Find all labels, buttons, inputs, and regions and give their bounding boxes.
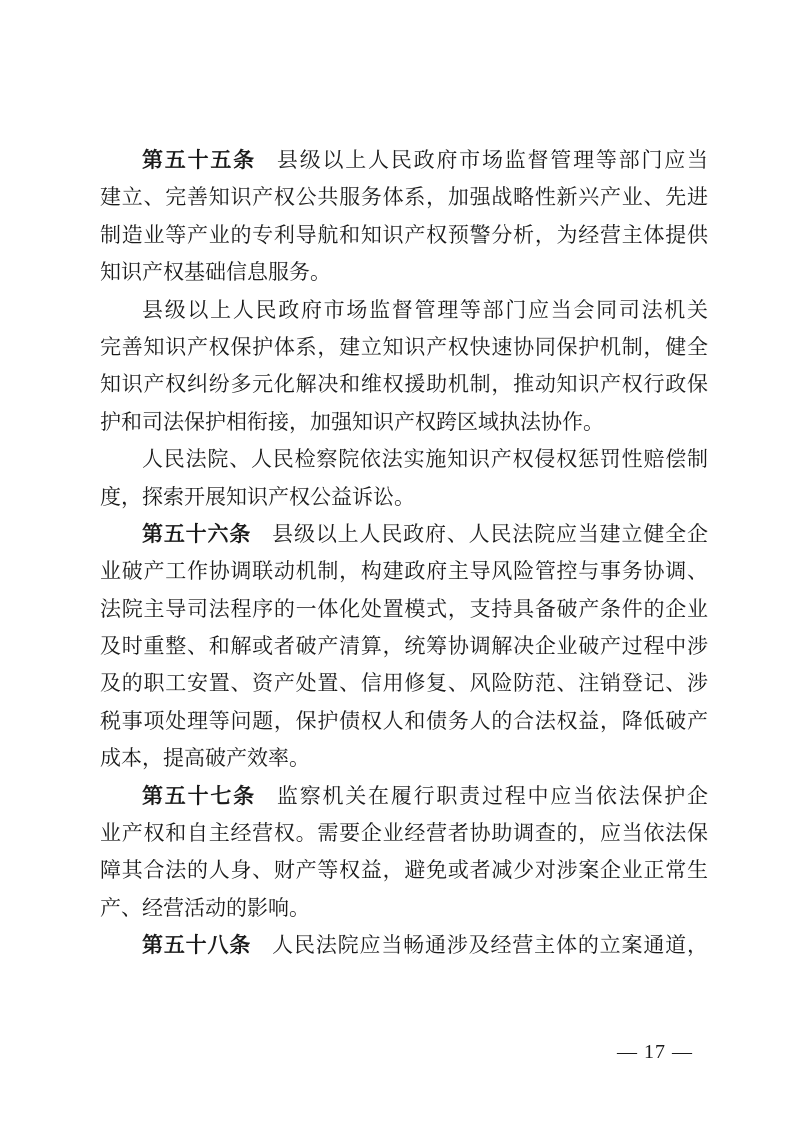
line-text: 监察机关在履行职责过程中应当依法保护企 [277, 784, 708, 808]
article-number: 第五十五条 [142, 148, 256, 172]
text-line: 建立、完善知识产权公共服务体系，加强战略性新兴产业、先进 [100, 179, 708, 216]
text-line: 护和司法保护相衔接，加强知识产权跨区域执法协作。 [100, 404, 708, 441]
text-line: 业破产工作协调联动机制，构建政府主导风险管控与事务协调、 [100, 553, 708, 590]
text-line: 法院主导司法程序的一体化处置模式，支持具备破产条件的企业 [100, 591, 708, 628]
text-line: 第五十八条人民法院应当畅通涉及经营主体的立案通道， [100, 927, 708, 964]
line-text: 护和司法保护相衔接，加强知识产权跨区域执法协作。 [100, 410, 604, 434]
text-line: 第五十七条监察机关在履行职责过程中应当依法保护企 [100, 778, 708, 815]
line-text: 县级以上人民政府市场监督管理等部门应当 [277, 148, 708, 172]
line-text: 人民法院、人民检察院依法实施知识产权侵权惩罚性赔偿制 [142, 447, 708, 471]
article-number: 第五十八条 [142, 933, 251, 957]
line-text: 县级以上人民政府、人民法院应当建立健全企 [272, 522, 708, 546]
text-line: 人民法院、人民检察院依法实施知识产权侵权惩罚性赔偿制 [100, 441, 708, 478]
text-line: 度，探索开展知识产权公益诉讼。 [100, 479, 708, 516]
article-number: 第五十六条 [142, 522, 251, 546]
text-line: 知识产权纠纷多元化解决和维权援助机制，推动知识产权行政保 [100, 366, 708, 403]
line-text: 建立、完善知识产权公共服务体系，加强战略性新兴产业、先进 [100, 185, 708, 209]
line-text: 制造业等产业的专利导航和知识产权预警分析，为经营主体提供 [100, 223, 708, 247]
text-line: 成本，提高破产效率。 [100, 740, 708, 777]
line-text: 障其合法的人身、财产等权益，避免或者减少对涉案企业正常生 [100, 858, 708, 882]
line-text: 完善知识产权保护体系，建立知识产权快速协同保护机制，健全 [100, 335, 708, 359]
line-text: 知识产权纠纷多元化解决和维权援助机制，推动知识产权行政保 [100, 372, 708, 396]
text-line: 及的职工安置、资产处置、信用修复、风险防范、注销登记、涉 [100, 665, 708, 702]
text-block: 第五十五条县级以上人民政府市场监督管理等部门应当建立、完善知识产权公共服务体系，… [100, 142, 708, 965]
line-text: 县级以上人民政府市场监督管理等部门应当会同司法机关 [142, 298, 708, 322]
text-line: 税事项处理等问题，保护债权人和债务人的合法权益，降低破产 [100, 703, 708, 740]
text-line: 及时重整、和解或者破产清算，统筹协调解决企业破产过程中涉 [100, 628, 708, 665]
article-number: 第五十七条 [142, 784, 256, 808]
line-text: 及的职工安置、资产处置、信用修复、风险防范、注销登记、涉 [100, 671, 708, 695]
line-text: 业破产工作协调联动机制，构建政府主导风险管控与事务协调、 [100, 559, 708, 583]
text-line: 县级以上人民政府市场监督管理等部门应当会同司法机关 [100, 292, 708, 329]
page-number: — 17 — [617, 1041, 693, 1064]
line-text: 成本，提高破产效率。 [100, 746, 310, 770]
text-line: 知识产权基础信息服务。 [100, 254, 708, 291]
line-text: 度，探索开展知识产权公益诉讼。 [100, 485, 415, 509]
text-line: 完善知识产权保护体系，建立知识产权快速协同保护机制，健全 [100, 329, 708, 366]
line-text: 业产权和自主经营权。需要企业经营者协助调查的，应当依法保 [100, 821, 708, 845]
text-line: 产、经营活动的影响。 [100, 890, 708, 927]
line-text: 知识产权基础信息服务。 [100, 260, 331, 284]
line-text: 及时重整、和解或者破产清算，统筹协调解决企业破产过程中涉 [100, 634, 708, 658]
text-line: 业产权和自主经营权。需要企业经营者协助调查的，应当依法保 [100, 815, 708, 852]
text-line: 制造业等产业的专利导航和知识产权预警分析，为经营主体提供 [100, 217, 708, 254]
document-page: 第五十五条县级以上人民政府市场监督管理等部门应当建立、完善知识产权公共服务体系，… [0, 0, 793, 1122]
line-text: 产、经营活动的影响。 [100, 896, 310, 920]
line-text: 人民法院应当畅通涉及经营主体的立案通道， [272, 933, 708, 957]
text-line: 障其合法的人身、财产等权益，避免或者减少对涉案企业正常生 [100, 852, 708, 889]
text-line: 第五十五条县级以上人民政府市场监督管理等部门应当 [100, 142, 708, 179]
line-text: 税事项处理等问题，保护债权人和债务人的合法权益，降低破产 [100, 709, 708, 733]
text-line: 第五十六条县级以上人民政府、人民法院应当建立健全企 [100, 516, 708, 553]
line-text: 法院主导司法程序的一体化处置模式，支持具备破产条件的企业 [100, 597, 708, 621]
